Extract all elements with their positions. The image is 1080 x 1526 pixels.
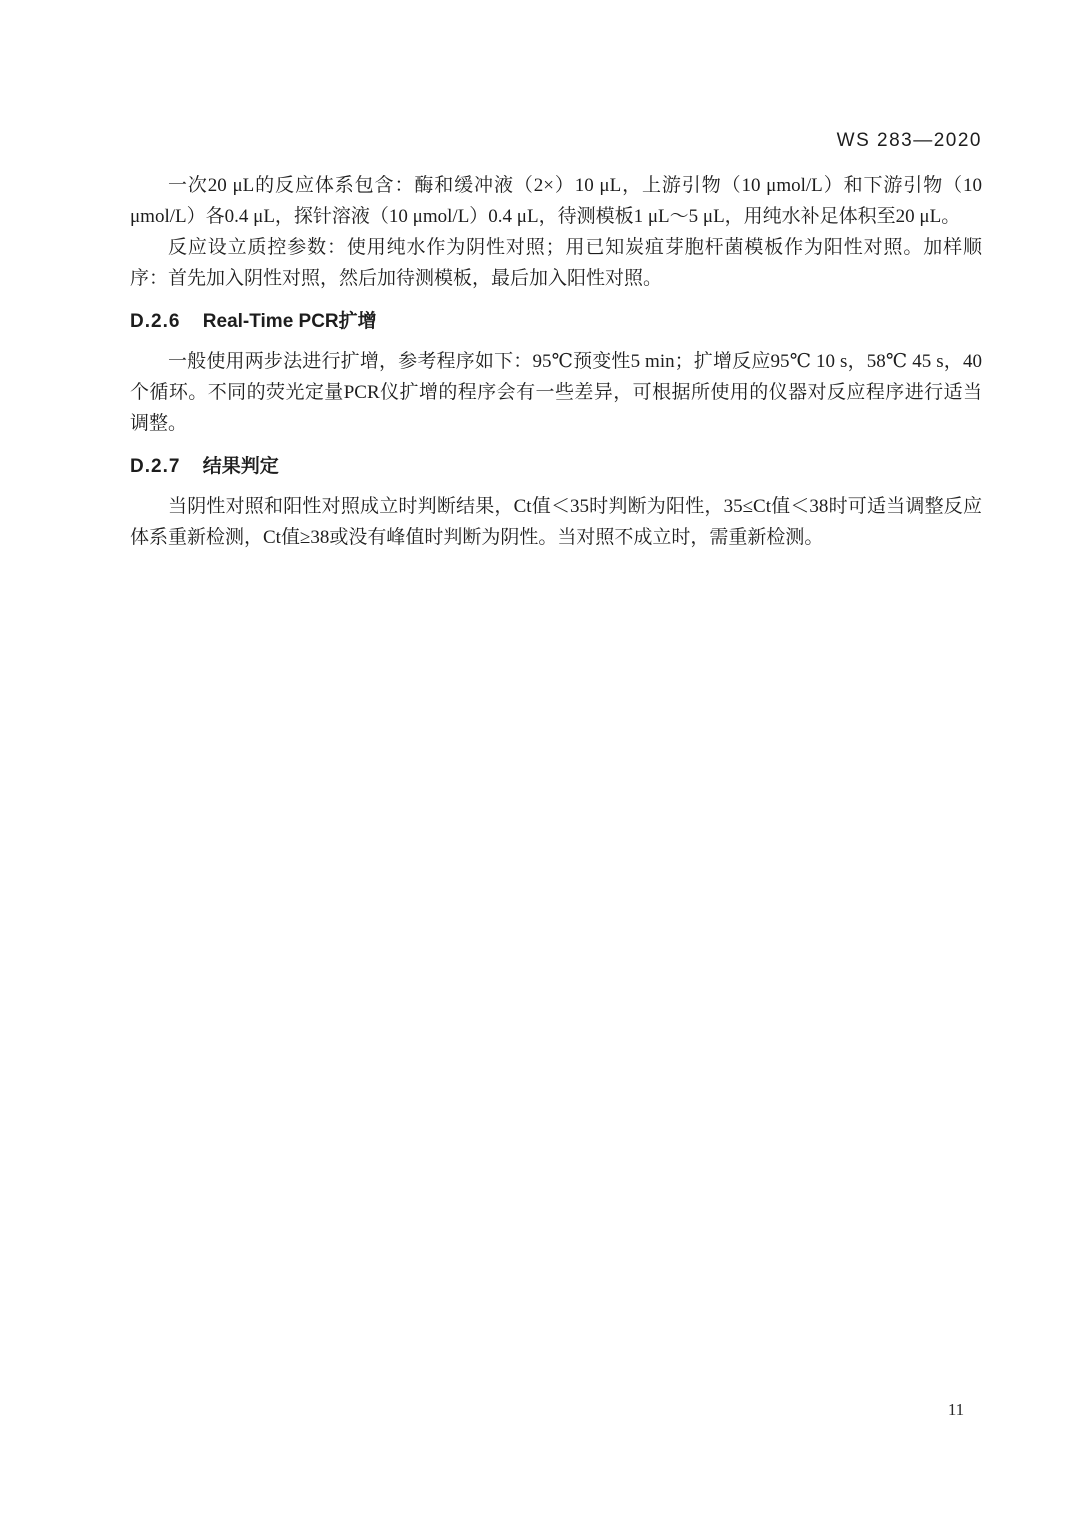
section-heading-d2-6: D.2.6 Real-Time PCR扩增 bbox=[130, 306, 982, 337]
section-number-d2-6: D.2.6 bbox=[130, 311, 180, 332]
standard-number: WS 283—2020 bbox=[837, 130, 982, 151]
section-title-d2-6: Real-Time PCR扩增 bbox=[203, 311, 377, 332]
paragraph-result-interpretation: 当阴性对照和阳性对照成立时判断结果，Ct值＜35时判断为阳性，35≤Ct值＜38… bbox=[130, 491, 982, 553]
page-number: 11 bbox=[936, 1400, 976, 1420]
paragraph-amplification-program: 一般使用两步法进行扩增，参考程序如下：95℃预变性5 min；扩增反应95℃ 1… bbox=[130, 346, 982, 439]
paragraph-reaction-system: 一次20 μL的反应体系包含：酶和缓冲液（2×）10 μL，上游引物（10 μm… bbox=[130, 170, 982, 232]
section-title-d2-7: 结果判定 bbox=[203, 456, 279, 477]
running-header: WS 283—2020 bbox=[130, 130, 982, 152]
document-page: WS 283—2020 一次20 μL的反应体系包含：酶和缓冲液（2×）10 μ… bbox=[0, 0, 1080, 1526]
section-heading-d2-7: D.2.7 结果判定 bbox=[130, 451, 982, 482]
document-body: 一次20 μL的反应体系包含：酶和缓冲液（2×）10 μL，上游引物（10 μm… bbox=[130, 170, 982, 553]
section-number-d2-7: D.2.7 bbox=[130, 456, 180, 477]
paragraph-qc-controls: 反应设立质控参数：使用纯水作为阴性对照；用已知炭疽芽胞杆菌模板作为阳性对照。加样… bbox=[130, 232, 982, 294]
